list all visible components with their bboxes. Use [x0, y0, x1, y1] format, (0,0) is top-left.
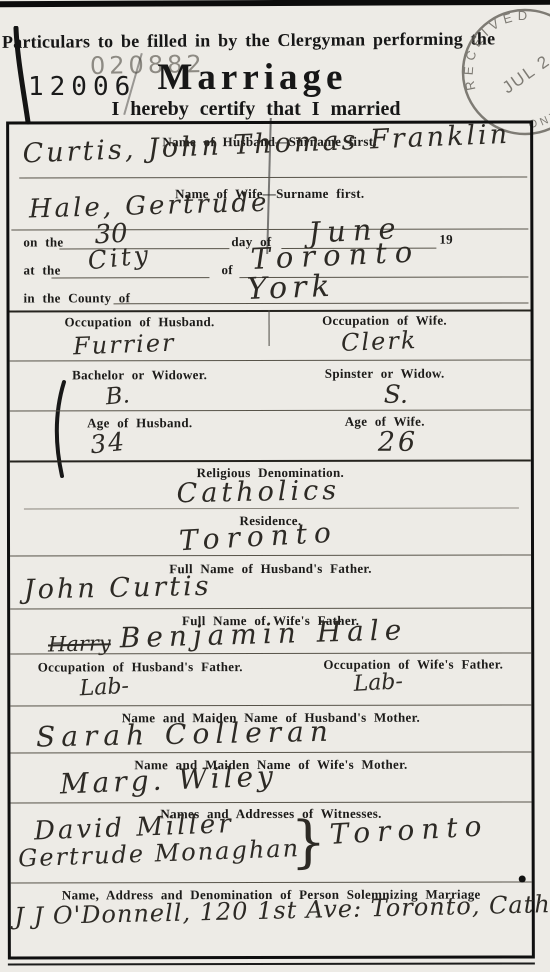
county-value: York — [246, 269, 335, 307]
rule-line — [10, 554, 531, 556]
rule-line — [10, 359, 531, 361]
scan-edge-bar — [0, 0, 550, 7]
stamp-received-text: RECEIVED — [438, 0, 550, 97]
ink-dot — [519, 875, 526, 882]
rule-line — [11, 801, 532, 803]
occupation-wife-father-label: Occupation of Wife's Father. — [295, 656, 531, 672]
status-husband-label: Bachelor or Widower. — [10, 367, 270, 384]
marriage-certificate-scan: Particulars to be filled in by the Clerg… — [0, 0, 550, 972]
age-husband-value: 34 — [89, 427, 128, 460]
rule-line — [10, 409, 531, 411]
rule-line — [19, 176, 527, 178]
svg-text:RECEIVED: RECEIVED — [438, 0, 550, 97]
certify-statement: I hereby certify that I married — [0, 98, 512, 121]
place-middle: of — [221, 262, 232, 278]
occupation-wife-value: Clerk — [341, 326, 418, 357]
fill-line — [51, 277, 209, 278]
date-prefix: on the — [23, 234, 63, 250]
wife-mother-value: Marg. Wiley — [59, 759, 277, 800]
age-wife-value: 26 — [378, 427, 418, 458]
occupation-husband-label: Occupation of Husband. — [10, 314, 270, 331]
age-husband-label: Age of Husband. — [10, 415, 270, 432]
occupation-wife-father-value: Lab- — [353, 669, 404, 697]
witness-brace: } — [291, 810, 327, 875]
rule-line — [11, 881, 532, 883]
rule-line — [10, 704, 531, 706]
rule-line — [10, 751, 531, 753]
religion-value: Catholics — [176, 475, 340, 509]
section-line — [10, 459, 531, 462]
occupation-husband-father-value: Lab- — [79, 674, 130, 702]
rule-line — [10, 607, 531, 609]
occupation-husband-father-label: Occupation of Husband's Father. — [10, 659, 270, 676]
year-prefix: 19 — [439, 232, 453, 248]
status-husband-value: B. — [104, 382, 130, 410]
wife-father-value: Benjamin Hale — [119, 613, 407, 654]
rule-line — [10, 652, 531, 654]
place-name-value: Toronto — [250, 234, 421, 276]
husband-name-value: Curtis, John Thomas Franklin — [22, 119, 511, 170]
certificate-border-box: Name of Husband—Surname first. Curtis, J… — [6, 120, 535, 959]
wife-name-value: Hale, Gertrude — [28, 188, 269, 225]
rule-line — [24, 507, 519, 509]
husband-mother-value: Sarah Colleran — [36, 715, 334, 754]
occupation-husband-value: Furrier — [73, 329, 176, 361]
rule-line — [11, 228, 528, 230]
stamp-date-text: JUL 2 — [499, 51, 550, 97]
pen-stroke-mark — [8, 26, 34, 128]
status-wife-value: S. — [384, 380, 408, 409]
municipality-value: City — [86, 240, 152, 276]
husband-father-value: John Curtis — [24, 571, 212, 606]
place-prefix: at the — [23, 262, 60, 278]
